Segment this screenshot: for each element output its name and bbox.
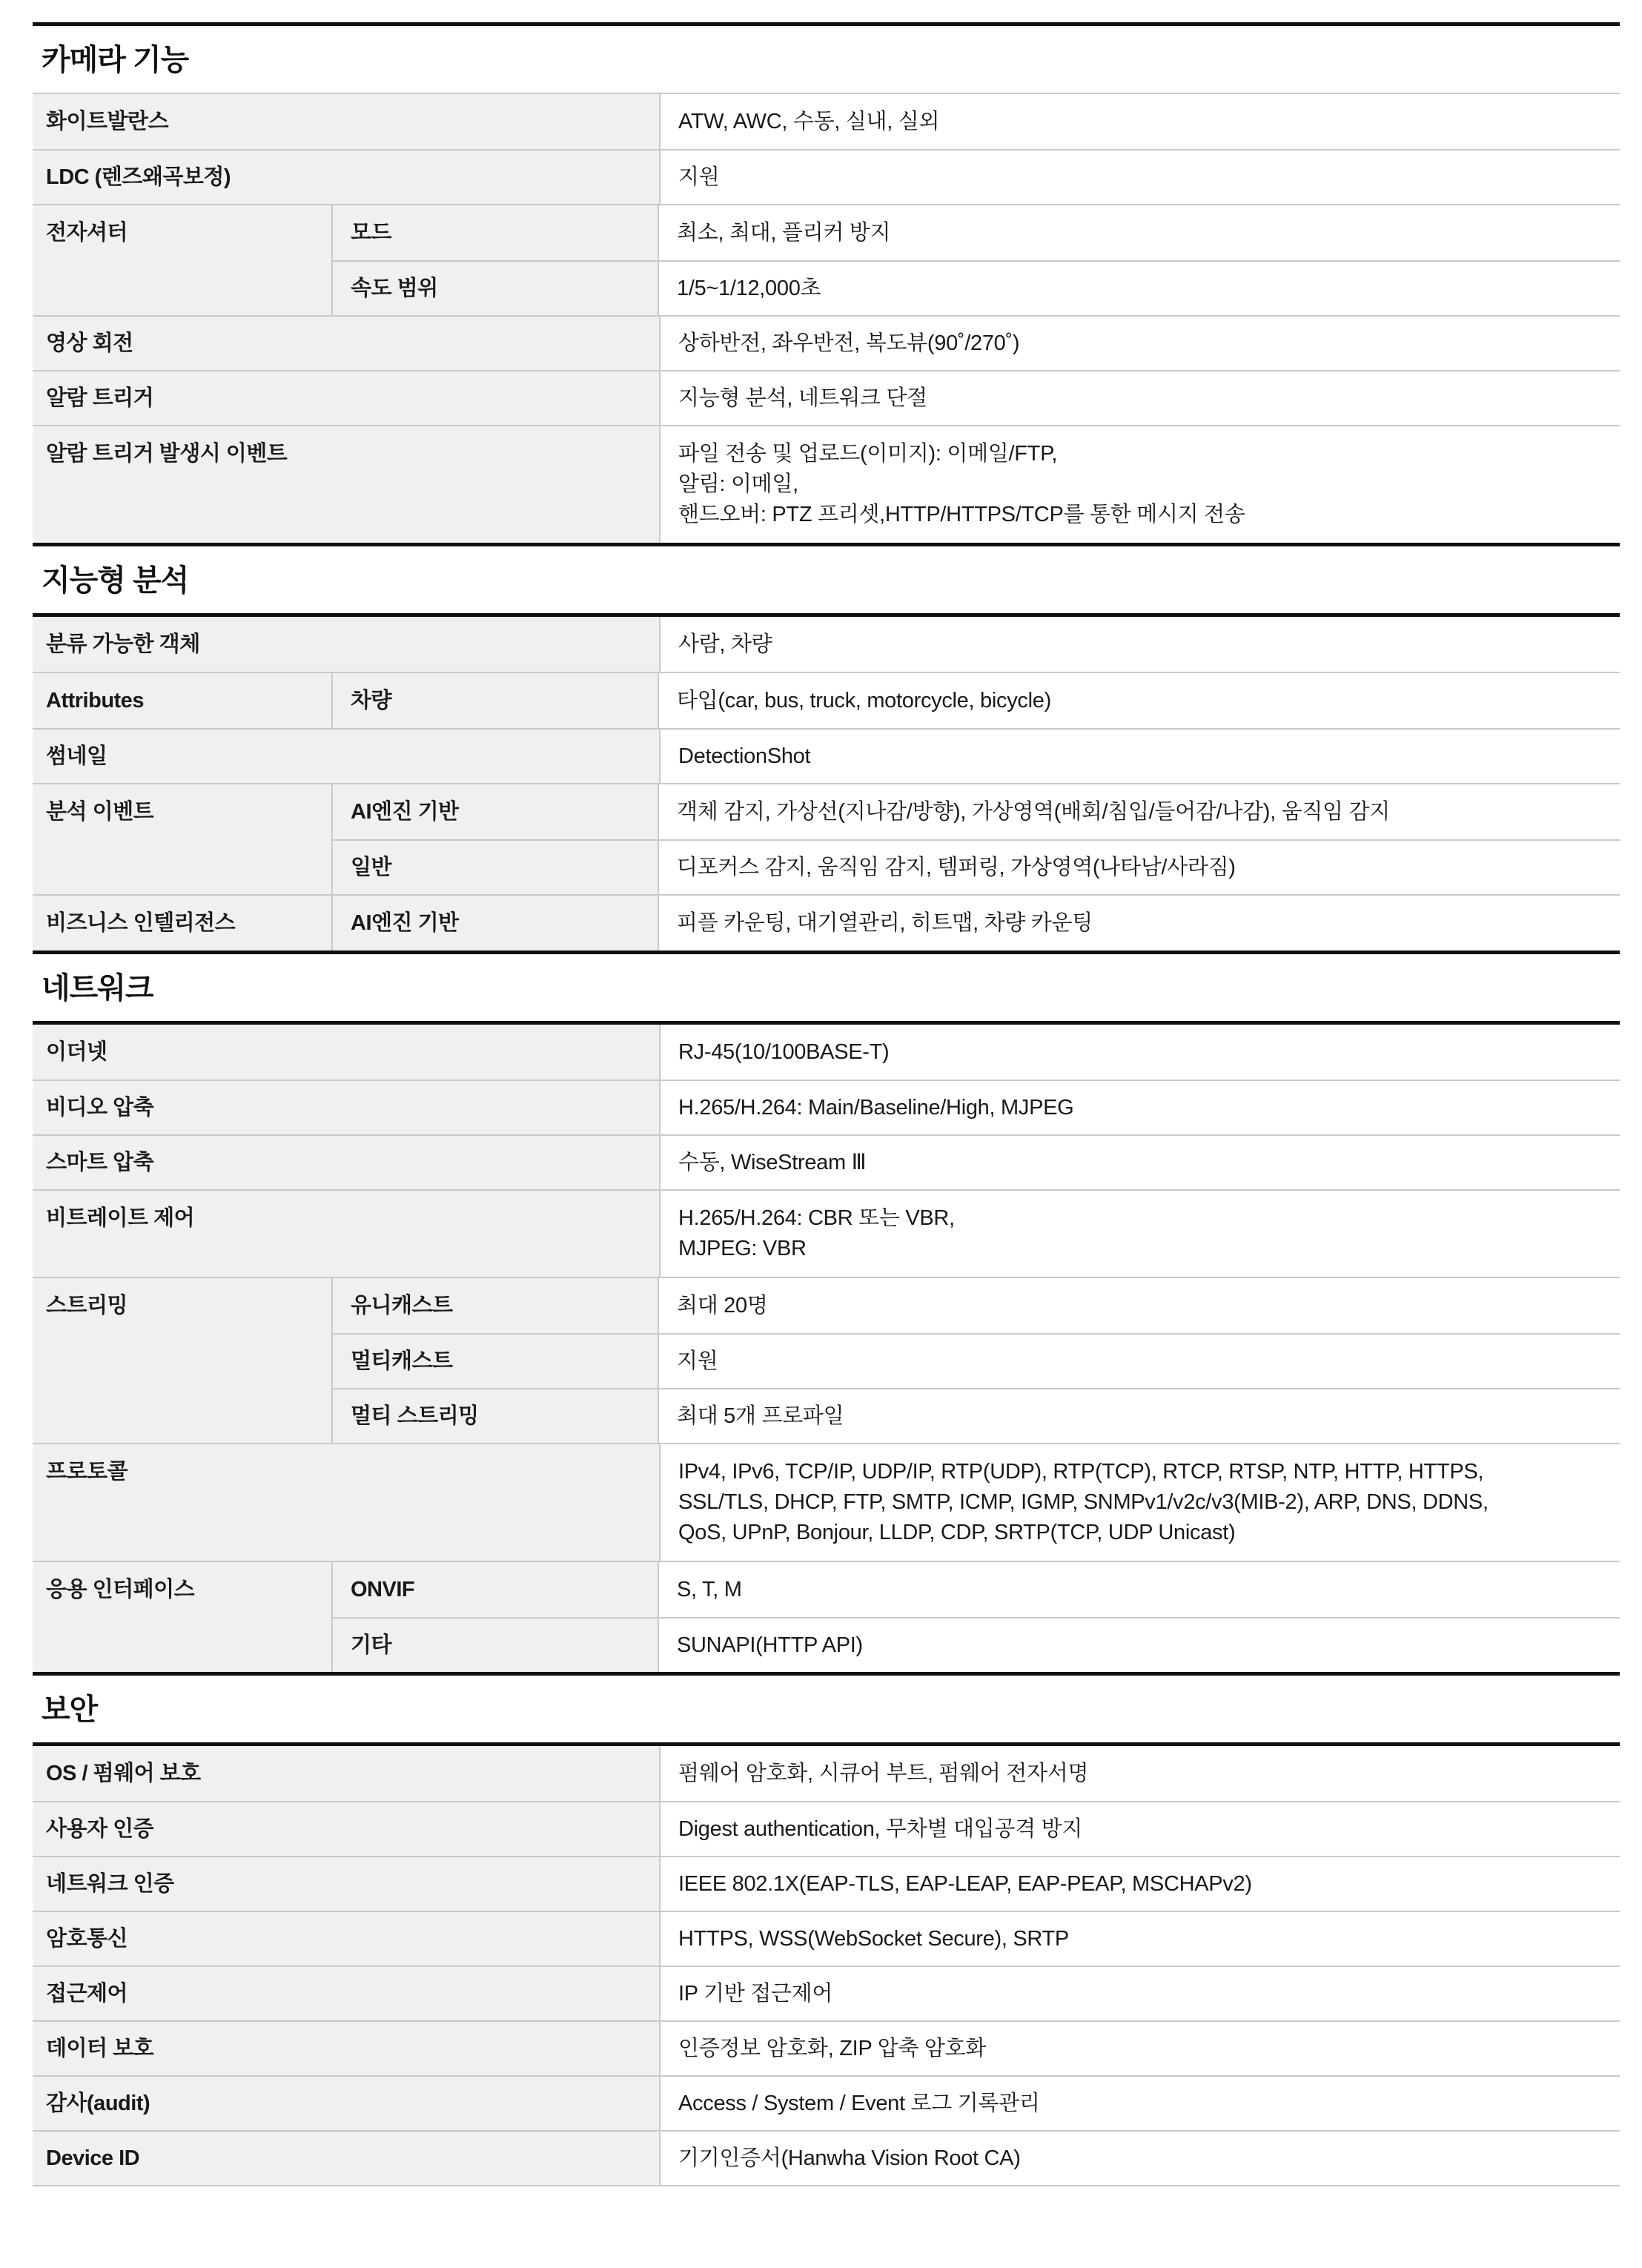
spec-label: Device ID bbox=[33, 2132, 659, 2185]
table-subrow: 유니캐스트 최대 20명 bbox=[333, 1278, 1620, 1333]
spec-value: 최대 5개 프로파일 bbox=[658, 1389, 1620, 1443]
spec-value: 피플 카운팅, 대기열관리, 히트맵, 차량 카운팅 bbox=[658, 896, 1620, 950]
section-title-network: 네트워크 bbox=[42, 971, 1620, 1006]
table-row: 네트워크 인증 IEEE 802.1X(EAP-TLS, EAP-LEAP, E… bbox=[33, 1856, 1620, 1911]
table-subrow: 차량 타입(car, bus, truck, motorcycle, bicyc… bbox=[333, 673, 1620, 728]
spec-value: 최소, 최대, 플리커 방지 bbox=[658, 205, 1620, 260]
spec-value: IPv4, IPv6, TCP/IP, UDP/IP, RTP(UDP), RT… bbox=[659, 1444, 1620, 1561]
spec-label: 사용자 인증 bbox=[33, 1802, 659, 1856]
spec-sublabel: 일반 bbox=[333, 841, 658, 894]
spec-label: 썸네일 bbox=[33, 730, 659, 783]
spec-label: 이더넷 bbox=[33, 1025, 659, 1080]
spec-value: IP 기반 접근제어 bbox=[659, 1967, 1620, 2020]
table-row: 화이트발란스 ATW, AWC, 수동, 실내, 실외 bbox=[33, 94, 1620, 149]
table-row: 비트레이트 제어 H.265/H.264: CBR 또는 VBR, MJPEG:… bbox=[33, 1189, 1620, 1277]
spec-label: OS / 펌웨어 보호 bbox=[33, 1746, 659, 1801]
table-row: 사용자 인증 Digest authentication, 무차별 대입공격 방… bbox=[33, 1801, 1620, 1856]
spec-label: 전자셔터 bbox=[33, 205, 333, 315]
table-subrow: AI엔진 기반 피플 카운팅, 대기열관리, 히트맵, 차량 카운팅 bbox=[333, 896, 1620, 950]
section-title-intelligent-analytics: 지능형 분석 bbox=[42, 563, 1620, 598]
spec-label: 네트워크 인증 bbox=[33, 1857, 659, 1911]
spec-sublabel: 속도 범위 bbox=[333, 262, 658, 315]
spec-label: 접근제어 bbox=[33, 1967, 659, 2020]
spec-sublabel: ONVIF bbox=[333, 1562, 658, 1617]
spec-value: 인증정보 암호화, ZIP 압축 암호화 bbox=[659, 2022, 1620, 2075]
spec-sublabel: 멀티캐스트 bbox=[333, 1335, 658, 1388]
table-row: 알람 트리거 발생시 이벤트 파일 전송 및 업로드(이미지): 이메일/FTP… bbox=[33, 425, 1620, 543]
table-row: 데이터 보호 인증정보 암호화, ZIP 압축 암호화 bbox=[33, 2020, 1620, 2075]
spec-sublabel: 유니캐스트 bbox=[333, 1278, 658, 1333]
intelligent-analytics-table: 분류 가능한 객체 사람, 차량 Attributes 차량 타입(car, b… bbox=[33, 613, 1620, 954]
spec-value: 1/5~1/12,000초 bbox=[658, 262, 1620, 315]
section-title-camera-features: 카메라 기능 bbox=[42, 42, 1620, 78]
table-row-group: 스트리밍 유니캐스트 최대 20명 멀티캐스트 지원 멀티 스트리밍 최대 5개… bbox=[33, 1277, 1620, 1443]
spec-value: ATW, AWC, 수동, 실내, 실외 bbox=[659, 94, 1620, 149]
spec-sublabel: 멀티 스트리밍 bbox=[333, 1389, 658, 1443]
table-row: 비디오 압축 H.265/H.264: Main/Baseline/High, … bbox=[33, 1080, 1620, 1134]
spec-label: Attributes bbox=[33, 673, 333, 728]
spec-sublabel: 모드 bbox=[333, 205, 658, 260]
table-row: 이더넷 RJ-45(10/100BASE-T) bbox=[33, 1025, 1620, 1080]
spec-value: 디포커스 감지, 움직임 감지, 템퍼링, 가상영역(나타남/사라짐) bbox=[658, 841, 1620, 894]
spec-value: RJ-45(10/100BASE-T) bbox=[659, 1025, 1620, 1080]
spec-value: 펌웨어 암호화, 시큐어 부트, 펌웨어 전자서명 bbox=[659, 1746, 1620, 1801]
table-row: 감사(audit) Access / System / Event 로그 기록관… bbox=[33, 2075, 1620, 2130]
spec-label: 스트리밍 bbox=[33, 1278, 333, 1443]
spec-value: 객체 감지, 가상선(지나감/방향), 가상영역(배회/침입/들어감/나감), … bbox=[658, 784, 1620, 839]
spec-value: HTTPS, WSS(WebSocket Secure), SRTP bbox=[659, 1912, 1620, 1966]
spec-label: 암호통신 bbox=[33, 1912, 659, 1966]
spec-value: IEEE 802.1X(EAP-TLS, EAP-LEAP, EAP-PEAP,… bbox=[659, 1857, 1620, 1911]
table-row: 프로토콜 IPv4, IPv6, TCP/IP, UDP/IP, RTP(UDP… bbox=[33, 1443, 1620, 1561]
spec-value: 상하반전, 좌우반전, 복도뷰(90˚/270˚) bbox=[659, 317, 1620, 370]
spec-label: LDC (렌즈왜곡보정) bbox=[33, 151, 659, 204]
table-row-group: Attributes 차량 타입(car, bus, truck, motorc… bbox=[33, 672, 1620, 728]
spec-label: 스마트 압축 bbox=[33, 1136, 659, 1189]
spec-value: Access / System / Event 로그 기록관리 bbox=[659, 2077, 1620, 2130]
table-row: OS / 펌웨어 보호 펌웨어 암호화, 시큐어 부트, 펌웨어 전자서명 bbox=[33, 1746, 1620, 1801]
table-row: 알람 트리거 지능형 분석, 네트워크 단절 bbox=[33, 370, 1620, 425]
table-row: 접근제어 IP 기반 접근제어 bbox=[33, 1966, 1620, 2020]
table-subrow: 모드 최소, 최대, 플리커 방지 bbox=[333, 205, 1620, 260]
spec-value: H.265/H.264: CBR 또는 VBR, MJPEG: VBR bbox=[659, 1191, 1620, 1277]
table-row: Device ID 기기인증서(Hanwha Vision Root CA) bbox=[33, 2130, 1620, 2185]
table-subrow: 속도 범위 1/5~1/12,000초 bbox=[333, 260, 1620, 315]
spec-label: 알람 트리거 bbox=[33, 371, 659, 425]
table-row: 영상 회전 상하반전, 좌우반전, 복도뷰(90˚/270˚) bbox=[33, 315, 1620, 370]
spec-value: 지원 bbox=[658, 1335, 1620, 1388]
spec-label: 비디오 압축 bbox=[33, 1081, 659, 1134]
camera-features-table: 화이트발란스 ATW, AWC, 수동, 실내, 실외 LDC (렌즈왜곡보정)… bbox=[33, 93, 1620, 546]
section-rule-top bbox=[33, 22, 1620, 26]
spec-value: DetectionShot bbox=[659, 730, 1620, 783]
spec-sublabel: 차량 bbox=[333, 673, 658, 728]
spec-label: 비즈니스 인텔리전스 bbox=[33, 896, 333, 950]
spec-label: 비트레이트 제어 bbox=[33, 1191, 659, 1277]
table-subrow: ONVIF S, T, M bbox=[333, 1562, 1620, 1617]
spec-value: S, T, M bbox=[658, 1562, 1620, 1617]
table-row: LDC (렌즈왜곡보정) 지원 bbox=[33, 149, 1620, 204]
table-row-group: 전자셔터 모드 최소, 최대, 플리커 방지 속도 범위 1/5~1/12,00… bbox=[33, 204, 1620, 315]
spec-label: 프로토콜 bbox=[33, 1444, 659, 1561]
spec-label: 화이트발란스 bbox=[33, 94, 659, 149]
network-table: 이더넷 RJ-45(10/100BASE-T) 비디오 압축 H.265/H.2… bbox=[33, 1021, 1620, 1676]
spec-value: 파일 전송 및 업로드(이미지): 이메일/FTP, 알림: 이메일, 핸드오버… bbox=[659, 426, 1620, 543]
spec-value: 기기인증서(Hanwha Vision Root CA) bbox=[659, 2132, 1620, 2185]
spec-value: 최대 20명 bbox=[658, 1278, 1620, 1333]
spec-value: 타입(car, bus, truck, motorcycle, bicycle) bbox=[658, 673, 1620, 728]
table-row: 썸네일 DetectionShot bbox=[33, 728, 1620, 783]
spec-sublabel: AI엔진 기반 bbox=[333, 784, 658, 839]
spec-label: 데이터 보호 bbox=[33, 2022, 659, 2075]
spec-sheet-page: 카메라 기능 화이트발란스 ATW, AWC, 수동, 실내, 실외 LDC (… bbox=[33, 22, 1620, 2186]
spec-label: 감사(audit) bbox=[33, 2077, 659, 2130]
spec-label: 알람 트리거 발생시 이벤트 bbox=[33, 426, 659, 543]
spec-value: 지원 bbox=[659, 151, 1620, 204]
spec-value: H.265/H.264: Main/Baseline/High, MJPEG bbox=[659, 1081, 1620, 1134]
security-table: OS / 펌웨어 보호 펌웨어 암호화, 시큐어 부트, 펌웨어 전자서명 사용… bbox=[33, 1742, 1620, 2186]
table-subrow: 일반 디포커스 감지, 움직임 감지, 템퍼링, 가상영역(나타남/사라짐) bbox=[333, 839, 1620, 894]
table-subrow: AI엔진 기반 객체 감지, 가상선(지나감/방향), 가상영역(배회/침입/들… bbox=[333, 784, 1620, 839]
table-subrow: 멀티 스트리밍 최대 5개 프로파일 bbox=[333, 1388, 1620, 1443]
spec-label: 응용 인터페이스 bbox=[33, 1562, 333, 1672]
table-row-group: 응용 인터페이스 ONVIF S, T, M 기타 SUNAPI(HTTP AP… bbox=[33, 1561, 1620, 1672]
spec-sublabel: 기타 bbox=[333, 1619, 658, 1672]
section-title-security: 보안 bbox=[42, 1692, 1620, 1728]
table-row: 암호통신 HTTPS, WSS(WebSocket Secure), SRTP bbox=[33, 1911, 1620, 1966]
table-subrow: 기타 SUNAPI(HTTP API) bbox=[333, 1617, 1620, 1672]
table-row: 분류 가능한 객체 사람, 차량 bbox=[33, 617, 1620, 672]
table-row-group: 분석 이벤트 AI엔진 기반 객체 감지, 가상선(지나감/방향), 가상영역(… bbox=[33, 783, 1620, 894]
table-row-group: 비즈니스 인텔리전스 AI엔진 기반 피플 카운팅, 대기열관리, 히트맵, 차… bbox=[33, 894, 1620, 950]
spec-label: 분류 가능한 객체 bbox=[33, 617, 659, 672]
table-row: 스마트 압축 수동, WiseStream Ⅲ bbox=[33, 1134, 1620, 1189]
spec-value: 지능형 분석, 네트워크 단절 bbox=[659, 371, 1620, 425]
spec-value: 사람, 차량 bbox=[659, 617, 1620, 672]
spec-label: 분석 이벤트 bbox=[33, 784, 333, 894]
spec-value: 수동, WiseStream Ⅲ bbox=[659, 1136, 1620, 1189]
spec-label: 영상 회전 bbox=[33, 317, 659, 370]
table-subrow: 멀티캐스트 지원 bbox=[333, 1333, 1620, 1388]
spec-value: SUNAPI(HTTP API) bbox=[658, 1619, 1620, 1672]
spec-value: Digest authentication, 무차별 대입공격 방지 bbox=[659, 1802, 1620, 1856]
spec-sublabel: AI엔진 기반 bbox=[333, 896, 658, 950]
